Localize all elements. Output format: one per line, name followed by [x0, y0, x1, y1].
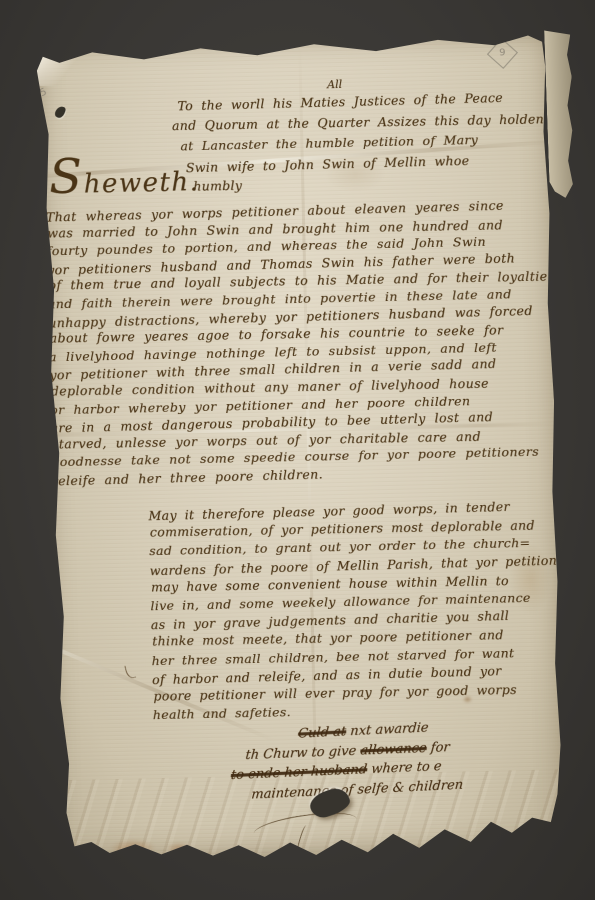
manuscript-sheet: 45 9 All To the worll his Maties Justice…	[30, 33, 564, 862]
stain	[32, 422, 58, 515]
torn-page-edge-sliver	[544, 30, 576, 199]
interlined-insertion: All	[327, 78, 342, 91]
petition-body-paragraph: That whereas yor worps petitioner about …	[46, 197, 551, 489]
endorsement-text: nxt awardie	[346, 720, 430, 739]
endorsement-text: where to e	[367, 759, 443, 777]
stain	[166, 841, 192, 856]
petition-address-block: To the worll his Maties Justices of the …	[177, 88, 544, 198]
endorsement-text: for	[426, 739, 450, 755]
struck-text: allowance	[360, 740, 427, 758]
sheweth-heading: Sheweth.	[49, 155, 200, 200]
top-left-fold	[28, 52, 84, 87]
folio-number: 9	[492, 43, 512, 63]
photo-background: 45 9 All To the worll his Maties Justice…	[0, 0, 595, 900]
endorsement-text: th Churw to give	[245, 743, 361, 763]
clerk-endorsement: Culd at nxt awardieth Churw to give allo…	[229, 717, 469, 805]
stain	[109, 838, 155, 859]
struck-text: Culd at	[298, 724, 347, 741]
petition-prayer-paragraph: May it therefore please yor good worps, …	[148, 497, 574, 725]
